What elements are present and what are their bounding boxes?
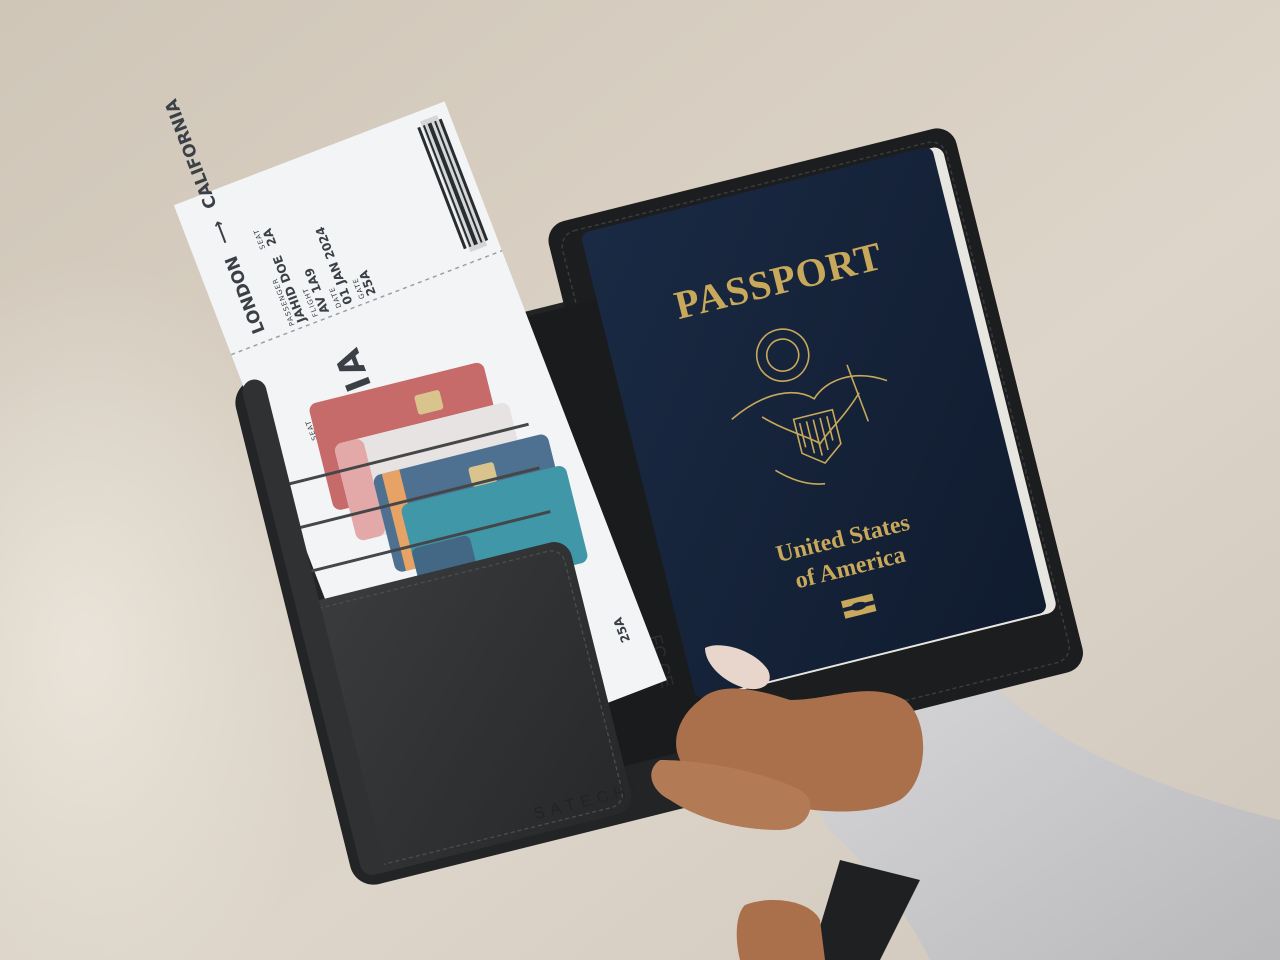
photo-canvas: FC CE LONDON ⟶ CALIFORNIA PASSENGER JAHI…: [0, 0, 1280, 960]
photo-scene: FC CE LONDON ⟶ CALIFORNIA PASSENGER JAHI…: [0, 0, 1280, 960]
